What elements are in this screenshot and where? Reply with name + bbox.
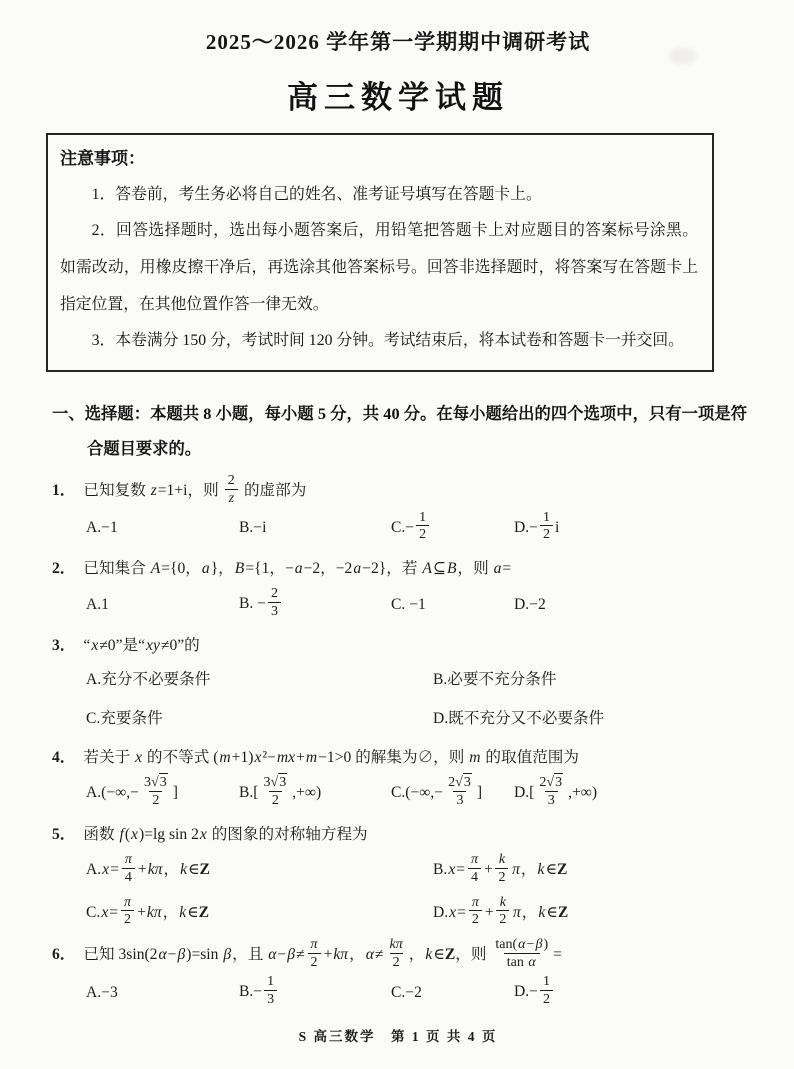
question-3-options: A.充分不必要条件 B.必要不充分条件 C.充要条件 D.既不充分又不必要条件 [52,664,744,734]
option-4a: A.(−∞,−3√32] [86,776,239,811]
option-3c: C.充要条件 [86,703,433,734]
question-4-stem: 4．若关于 x 的不等式 (m+1)x²−mx+m−1>0 的解集为∅，则 m … [52,742,744,774]
option-2b: B. −23 [239,587,391,622]
notice-box: 注意事项： 1．答卷前，考生务必将自己的姓名、准考证号填写在答题卡上。 2．回答… [46,133,714,372]
question-3-stem: 3．“x≠0”是“xy≠0”的 [52,630,744,662]
question-6-text: 已知 3sin(2α−β)=sin β，且 α−β≠π2+kπ，α≠kπ2，k∈… [83,946,562,963]
option-6a: A.−3 [86,977,239,1008]
notice-item-3: 3．本卷满分 150 分，考试时间 120 分钟。考试结束后，将本试卷和答题卡一… [60,323,698,360]
section-heading: 一、选择题：本题共 8 小题，每小题 5 分，共 40 分。在每小题给出的四个选… [52,396,747,466]
notice-item-1: 1．答卷前，考生务必将自己的姓名、准考证号填写在答题卡上。 [60,177,698,214]
option-5a: A.x=π4+kπ，k∈Z [86,853,433,888]
question-5-stem: 5．函数 f(x)=lg sin 2x 的图象的对称轴方程为 [52,819,744,851]
question-1-number: 1． [52,482,75,499]
question-2-options: A.1 B. −23 C. −1 D.−2 [52,587,744,622]
question-6-number: 6． [52,946,75,963]
question-6-options: A.−3 B.−13 C.−2 D.−12 [52,975,744,1010]
option-6d: D.−12 [514,975,744,1010]
option-1c: C.−12 [391,511,514,546]
option-4c: C.(−∞,−2√33] [391,776,514,811]
question-4-text: 若关于 x 的不等式 (m+1)x²−mx+m−1>0 的解集为∅，则 m 的取… [83,749,579,766]
option-4b: B.[3√32,+∞) [239,776,391,811]
question-5-text: 函数 f(x)=lg sin 2x 的图象的对称轴方程为 [83,826,367,843]
question-6: 6．已知 3sin(2α−β)=sin β，且 α−β≠π2+kπ，α≠kπ2，… [52,938,744,1009]
question-4-number: 4． [52,749,75,766]
option-2a: A.1 [86,589,239,620]
question-6-stem: 6．已知 3sin(2α−β)=sin β，且 α−β≠π2+kπ，α≠kπ2，… [52,938,744,973]
option-1b: B.−i [239,512,391,543]
option-3b: B.必要不充分条件 [433,664,744,695]
notice-heading: 注意事项： [60,141,698,177]
option-6c: C.−2 [391,977,514,1008]
question-4: 4．若关于 x 的不等式 (m+1)x²−mx+m−1>0 的解集为∅，则 m … [52,742,744,811]
exam-title: 高三数学试题 [52,72,744,117]
option-5b: B.x=π4+k2π，k∈Z [433,853,744,888]
question-2: 2．已知集合 A={0，a}，B={1，−a−2，−2a−2}，若 A⊆B，则 … [52,553,744,622]
question-1-options: A.−1 B.−i C.−12 D.−12i [52,511,744,546]
option-2d: D.−2 [514,589,744,620]
session-title: 2025～2026 学年第一学期期中调研考试 [52,26,744,56]
option-6b: B.−13 [239,975,391,1010]
question-3-number: 3． [52,637,75,654]
option-3a: A.充分不必要条件 [86,664,433,695]
question-2-stem: 2．已知集合 A={0，a}，B={1，−a−2，−2a−2}，若 A⊆B，则 … [52,553,744,585]
question-5: 5．函数 f(x)=lg sin 2x 的图象的对称轴方程为 A.x=π4+kπ… [52,819,744,930]
question-5-options: A.x=π4+kπ，k∈Z B.x=π4+k2π，k∈Z C.x=π2+kπ，k… [52,853,744,930]
scan-artifact [670,48,696,64]
question-3: 3．“x≠0”是“xy≠0”的 A.充分不必要条件 B.必要不充分条件 C.充要… [52,630,744,734]
question-2-text: 已知集合 A={0，a}，B={1，−a−2，−2a−2}，若 A⊆B，则 a= [83,560,511,577]
question-1-text: 已知复数 z=1+i，则 2z 的虚部为 [83,482,306,499]
option-5c: C.x=π2+kπ，k∈Z [86,896,433,931]
page-footer: S 高三数学 第 1 页 共 4 页 [52,1025,744,1045]
exam-page: 2025～2026 学年第一学期期中调研考试 高三数学试题 注意事项： 1．答卷… [0,0,794,1069]
question-5-number: 5． [52,826,75,843]
option-1a: A.−1 [86,512,239,543]
option-2c: C. −1 [391,589,514,620]
option-1d: D.−12i [514,511,744,546]
question-1: 1．已知复数 z=1+i，则 2z 的虚部为 A.−1 B.−i C.−12 D… [52,474,744,545]
question-3-text: “x≠0”是“xy≠0”的 [83,637,199,654]
question-2-number: 2． [52,560,75,577]
option-3d: D.既不充分又不必要条件 [433,703,744,734]
notice-item-2: 2．回答选择题时，选出每小题答案后，用铅笔把答题卡上对应题目的答案标号涂黑。如需… [60,213,698,323]
option-4d: D.[2√33,+∞) [514,776,744,811]
question-1-stem: 1．已知复数 z=1+i，则 2z 的虚部为 [52,474,744,509]
option-5d: D.x=π2+k2π，k∈Z [433,896,744,931]
question-4-options: A.(−∞,−3√32] B.[3√32,+∞) C.(−∞,−2√33] D.… [52,776,744,811]
